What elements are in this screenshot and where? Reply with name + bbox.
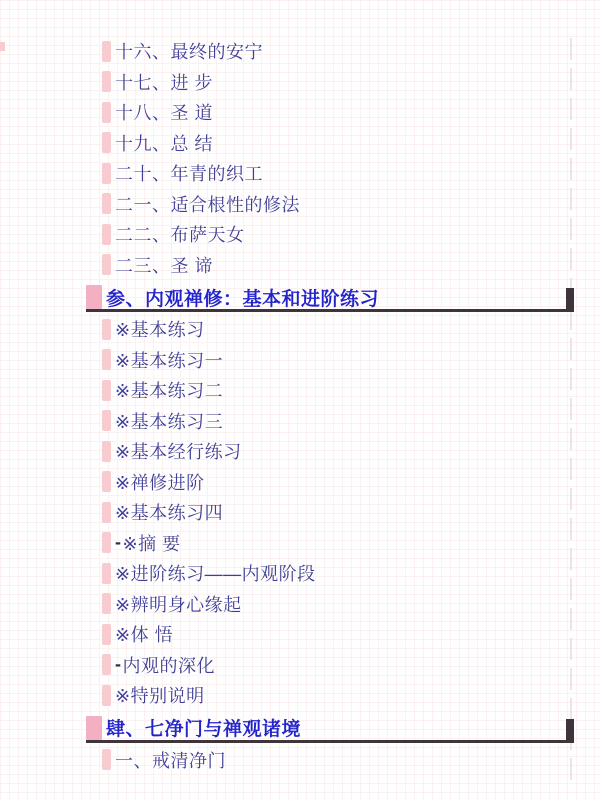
bullet-marker-icon <box>102 319 111 340</box>
bullet-marker-icon <box>102 441 111 462</box>
toc-item[interactable]: 十六、最终的安宁 <box>0 36 600 67</box>
bullet-marker-icon <box>102 71 111 92</box>
toc-item[interactable]: ※基本经行练习 <box>0 436 600 467</box>
bullet-marker-icon <box>102 380 111 401</box>
toc-item-label: ※基本练习四 <box>115 499 223 525</box>
bullet-marker-icon <box>102 224 111 245</box>
toc-list: 十六、最终的安宁十七、进 步十八、圣 道十九、总 结二十、年青的织工二一、适合根… <box>0 0 600 775</box>
toc-item[interactable]: -※摘 要 <box>0 528 600 559</box>
bullet-marker-icon <box>102 502 111 523</box>
bullet-marker-icon <box>102 654 111 675</box>
toc-item-label: ※摘 要 <box>123 530 181 556</box>
toc-page: { "document": { "kind": "table-of-conten… <box>0 0 600 800</box>
bullet-marker-icon <box>102 254 111 275</box>
toc-item-label: 十八、圣 道 <box>115 99 213 125</box>
toc-item-label: ※基本练习三 <box>115 408 223 434</box>
toc-item[interactable]: 十七、进 步 <box>0 67 600 98</box>
bullet-marker-icon <box>102 41 111 62</box>
toc-item[interactable]: ※基本练习一 <box>0 345 600 376</box>
toc-item[interactable]: ※禅修进阶 <box>0 467 600 498</box>
toc-item[interactable]: 二二、布萨天女 <box>0 219 600 250</box>
bullet-marker-icon <box>102 132 111 153</box>
item-prefix-dash: - <box>115 532 122 553</box>
bullet-marker-icon <box>102 749 111 770</box>
toc-item[interactable]: 二十、年青的织工 <box>0 158 600 189</box>
toc-item-label: ※基本练习 <box>115 316 205 342</box>
heading-underline-endcap <box>566 288 574 312</box>
bullet-marker-icon <box>102 102 111 123</box>
bullet-marker-icon <box>102 624 111 645</box>
toc-item[interactable]: ※体 悟 <box>0 619 600 650</box>
toc-item[interactable]: -内观的深化 <box>0 650 600 681</box>
toc-item-label: 一、戒清净门 <box>115 747 226 773</box>
toc-item-label: 二十、年青的织工 <box>115 160 263 186</box>
toc-item-label: ※基本经行练习 <box>115 438 242 464</box>
toc-item[interactable]: ※基本练习 <box>0 314 600 345</box>
toc-item-label: 二二、布萨天女 <box>115 221 245 247</box>
bullet-marker-icon <box>102 193 111 214</box>
heading-underline <box>86 740 574 743</box>
toc-item-label: 十九、总 结 <box>115 130 213 156</box>
toc-item-label: ※禅修进阶 <box>115 469 205 495</box>
toc-item-label: ※辨明身心缘起 <box>115 591 242 617</box>
bullet-marker-icon <box>102 563 111 584</box>
item-prefix-dash: - <box>115 654 122 675</box>
toc-heading-label: 肆、七净门与禅观诸境 <box>106 714 301 741</box>
bullet-marker-icon <box>102 471 111 492</box>
toc-heading[interactable]: 参、内观禅修：基本和进阶练习 <box>0 280 600 314</box>
toc-item[interactable]: ※特别说明 <box>0 680 600 711</box>
toc-item[interactable]: ※基本练习三 <box>0 406 600 437</box>
toc-heading[interactable]: 肆、七净门与禅观诸境 <box>0 711 600 745</box>
bullet-marker-icon <box>102 349 111 370</box>
toc-item-label: 二一、适合根性的修法 <box>115 191 300 217</box>
toc-item-label: ※基本练习一 <box>115 347 223 373</box>
bullet-marker-icon <box>102 410 111 431</box>
toc-item-label: 十六、最终的安宁 <box>115 38 263 64</box>
bullet-marker-icon <box>102 532 111 553</box>
bullet-marker-icon <box>86 285 102 309</box>
toc-item[interactable]: 十八、圣 道 <box>0 97 600 128</box>
toc-item[interactable]: ※辨明身心缘起 <box>0 589 600 620</box>
toc-item-label: ※特别说明 <box>115 682 205 708</box>
toc-item-label: ※基本练习二 <box>115 377 223 403</box>
toc-item[interactable]: ※进阶练习——内观阶段 <box>0 558 600 589</box>
toc-item[interactable]: 二三、圣 谛 <box>0 250 600 281</box>
bullet-marker-icon <box>102 593 111 614</box>
bullet-marker-icon <box>102 163 111 184</box>
heading-underline <box>86 309 574 312</box>
toc-item[interactable]: 二一、适合根性的修法 <box>0 189 600 220</box>
toc-item[interactable]: ※基本练习二 <box>0 375 600 406</box>
toc-item[interactable]: 一、戒清净门 <box>0 745 600 776</box>
toc-item-label: 内观的深化 <box>123 652 216 678</box>
heading-underline-endcap <box>566 719 574 743</box>
toc-item-label: 十七、进 步 <box>115 69 213 95</box>
toc-item-label: ※体 悟 <box>115 621 173 647</box>
toc-item[interactable]: 十九、总 结 <box>0 128 600 159</box>
toc-item-label: ※进阶练习——内观阶段 <box>115 560 316 586</box>
toc-item-label: 二三、圣 谛 <box>115 252 213 278</box>
toc-item[interactable]: ※基本练习四 <box>0 497 600 528</box>
bullet-marker-icon <box>86 716 102 740</box>
bullet-marker-icon <box>102 685 111 706</box>
toc-heading-label: 参、内观禅修：基本和进阶练习 <box>106 284 379 311</box>
